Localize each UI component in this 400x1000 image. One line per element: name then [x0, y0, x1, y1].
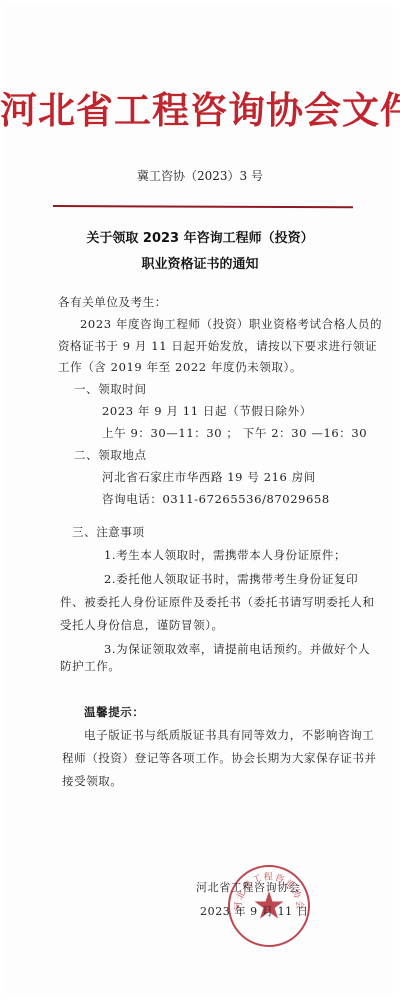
intro-line-2: 资格证书于 9 月 11 日起开始发放，请按以下要求进行领证 — [58, 338, 377, 354]
notes-line-1: 1.考生本人领取时，需携带本人身份证原件； — [104, 547, 346, 563]
signature-date: 2023 年 9 月 11 日 — [200, 904, 308, 920]
section-location-phone: 咨询电话：0311-67265536/87029658 — [102, 491, 330, 507]
intro-line-3: 工作（含 2019 年至 2022 年度仍未领取）。 — [58, 359, 302, 375]
tip-line-3: 接受领取。 — [62, 773, 123, 789]
intro-line-1: 2023 年度咨询工程师（投资）职业资格考试合格人员的 — [80, 316, 382, 332]
tip-line-1: 电子版证书与纸质版证书具有同等效力，不影响咨询工 — [84, 727, 374, 743]
org-document-title: 河北省工程咨询协会文件 — [0, 88, 400, 132]
notes-line-2: 2.委托他人领取证书时，需携带考生身份证复印 — [104, 571, 358, 587]
section-heading-time: 一、领取时间 — [74, 381, 147, 397]
section-time-line-1: 2023 年 9 月 11 日起（节假日除外） — [102, 403, 312, 419]
document-number: 冀工咨协（2023）3 号 — [0, 168, 400, 184]
section-heading-location: 二、领取地点 — [74, 447, 147, 463]
section-time-line-2: 上午 9：30—11：30 ； 下午 2：30 —16：30 — [102, 425, 367, 441]
section-heading-notes: 三、注意事项 — [72, 524, 145, 540]
notes-line-3: 件、被委托人身份证原件及委托书（委托书请写明委托人和 — [60, 594, 375, 610]
notes-line-4: 受托人身份信息，谨防冒领）。 — [60, 617, 224, 633]
notice-title-line-2: 职业资格证书的通知 — [0, 256, 400, 274]
section-location-address: 河北省石家庄市华西路 19 号 216 房间 — [102, 469, 316, 485]
signature-org: 河北省工程咨询协会 — [196, 880, 300, 896]
notes-line-6: 防护工作。 — [60, 658, 121, 674]
salutation: 各有关单位及考生： — [58, 294, 167, 310]
notes-line-5: 3.为保证领取效率，请提前电话预约。并做好个人 — [104, 641, 370, 657]
tip-line-2: 程师（投资）登记等各项工作。协会长期为大家保存证书并 — [62, 750, 377, 766]
notice-title-line-1: 关于领取 2023 年咨询工程师（投资） — [0, 230, 400, 248]
tip-heading: 温馨提示： — [84, 704, 145, 720]
